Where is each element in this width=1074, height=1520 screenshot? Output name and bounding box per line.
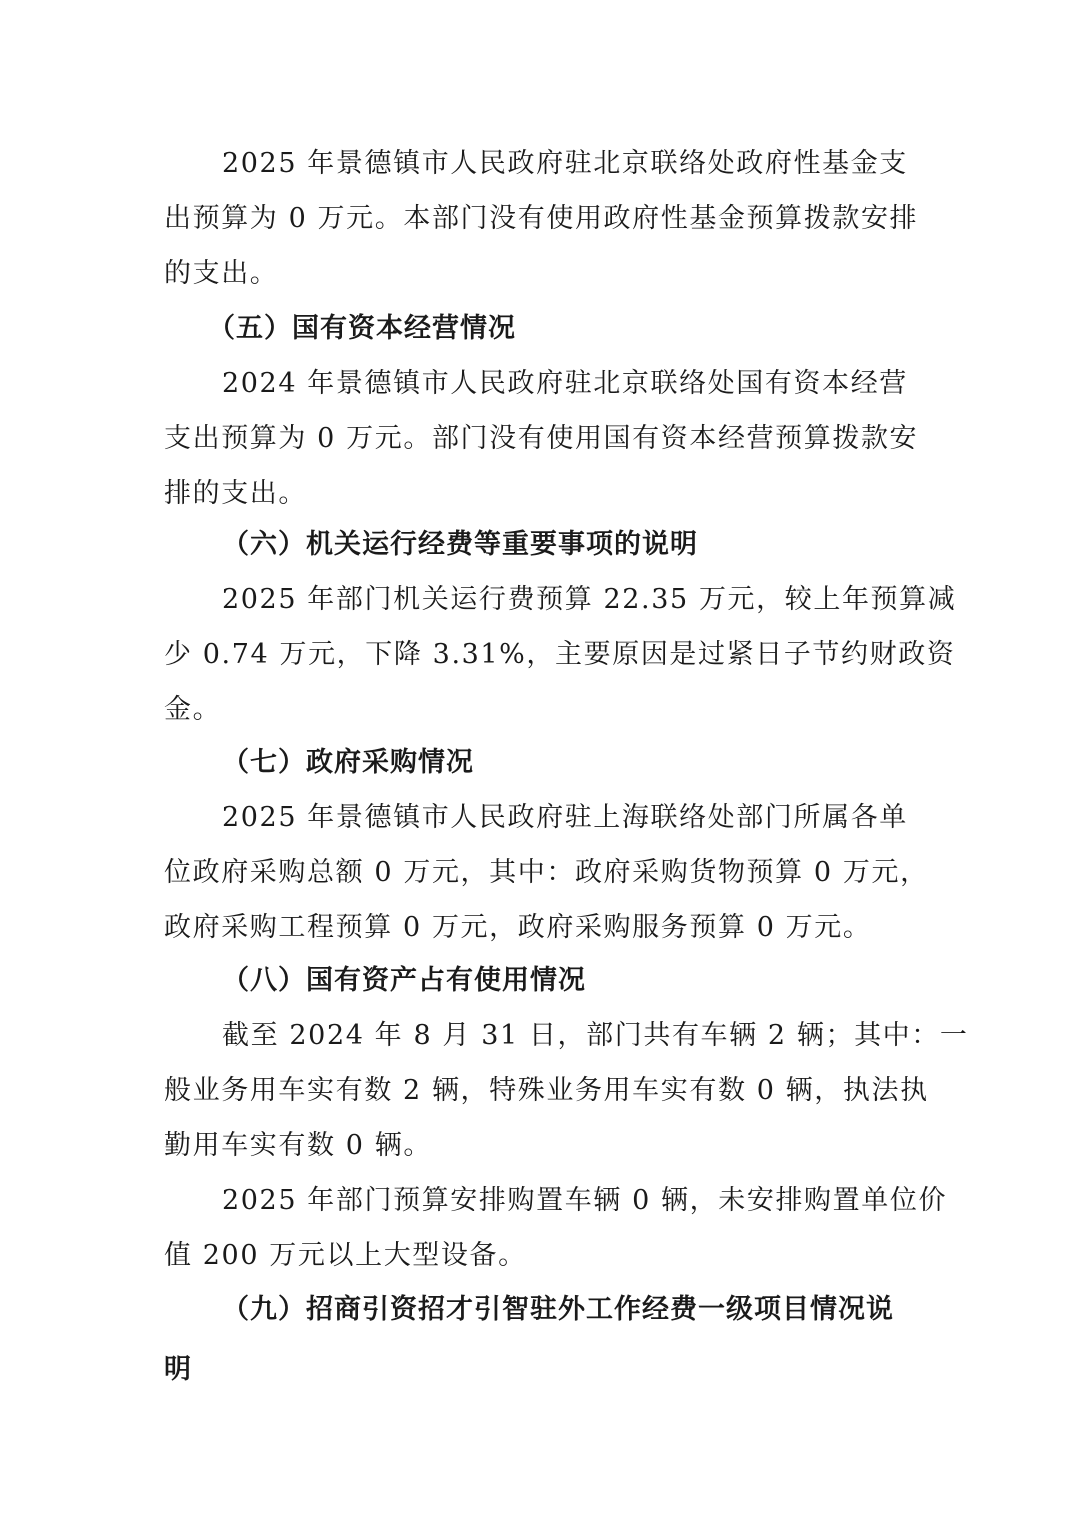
paragraph-line: 政府采购工程预算 0 万元，政府采购服务预算 0 万元。 bbox=[164, 910, 872, 946]
document-page: 2025 年景德镇市人民政府驻北京联络处政府性基金支 出预算为 0 万元。本部门… bbox=[0, 0, 1074, 1520]
section-heading-8: （八）国有资产占有使用情况 bbox=[222, 963, 586, 999]
paragraph-line: 位政府采购总额 0 万元，其中：政府采购货物预算 0 万元， bbox=[164, 855, 929, 891]
paragraph-line: 2025 年景德镇市人民政府驻北京联络处政府性基金支 bbox=[222, 146, 908, 182]
paragraph-line: 金。 bbox=[164, 692, 221, 728]
section-heading-5: （五）国有资本经营情况 bbox=[208, 311, 516, 347]
paragraph-line: 出预算为 0 万元。本部门没有使用政府性基金预算拨款安排 bbox=[164, 201, 918, 237]
section-heading-6: （六）机关运行经费等重要事项的说明 bbox=[222, 527, 698, 563]
paragraph-line: 勤用车实有数 0 辆。 bbox=[164, 1128, 432, 1164]
paragraph-line: 值 200 万元以上大型设备。 bbox=[164, 1238, 527, 1274]
paragraph-line: 少 0.74 万元，下降 3.31%，主要原因是过紧日子节约财政资 bbox=[164, 637, 955, 673]
section-heading-9: （九）招商引资招才引智驻外工作经费一级项目情况说 bbox=[222, 1292, 894, 1328]
paragraph-line: 支出预算为 0 万元。部门没有使用国有资本经营预算拨款安 bbox=[164, 421, 918, 457]
paragraph-line: 排的支出。 bbox=[164, 476, 307, 512]
paragraph-line: 般业务用车实有数 2 辆，特殊业务用车实有数 0 辆，执法执 bbox=[164, 1073, 929, 1109]
paragraph-line: 2025 年部门预算安排购置车辆 0 辆，未安排购置单位价 bbox=[222, 1183, 947, 1219]
section-heading-7: （七）政府采购情况 bbox=[222, 745, 474, 781]
paragraph-line: 2025 年景德镇市人民政府驻上海联络处部门所属各单 bbox=[222, 800, 908, 836]
paragraph-line: 2025 年部门机关运行费预算 22.35 万元，较上年预算减 bbox=[222, 582, 956, 618]
section-heading-9-continued: 明 bbox=[164, 1352, 192, 1388]
paragraph-line: 的支出。 bbox=[164, 256, 278, 292]
paragraph-line: 2024 年景德镇市人民政府驻北京联络处国有资本经营 bbox=[222, 366, 908, 402]
paragraph-line: 截至 2024 年 8 月 31 日，部门共有车辆 2 辆；其中：一 bbox=[222, 1018, 969, 1054]
